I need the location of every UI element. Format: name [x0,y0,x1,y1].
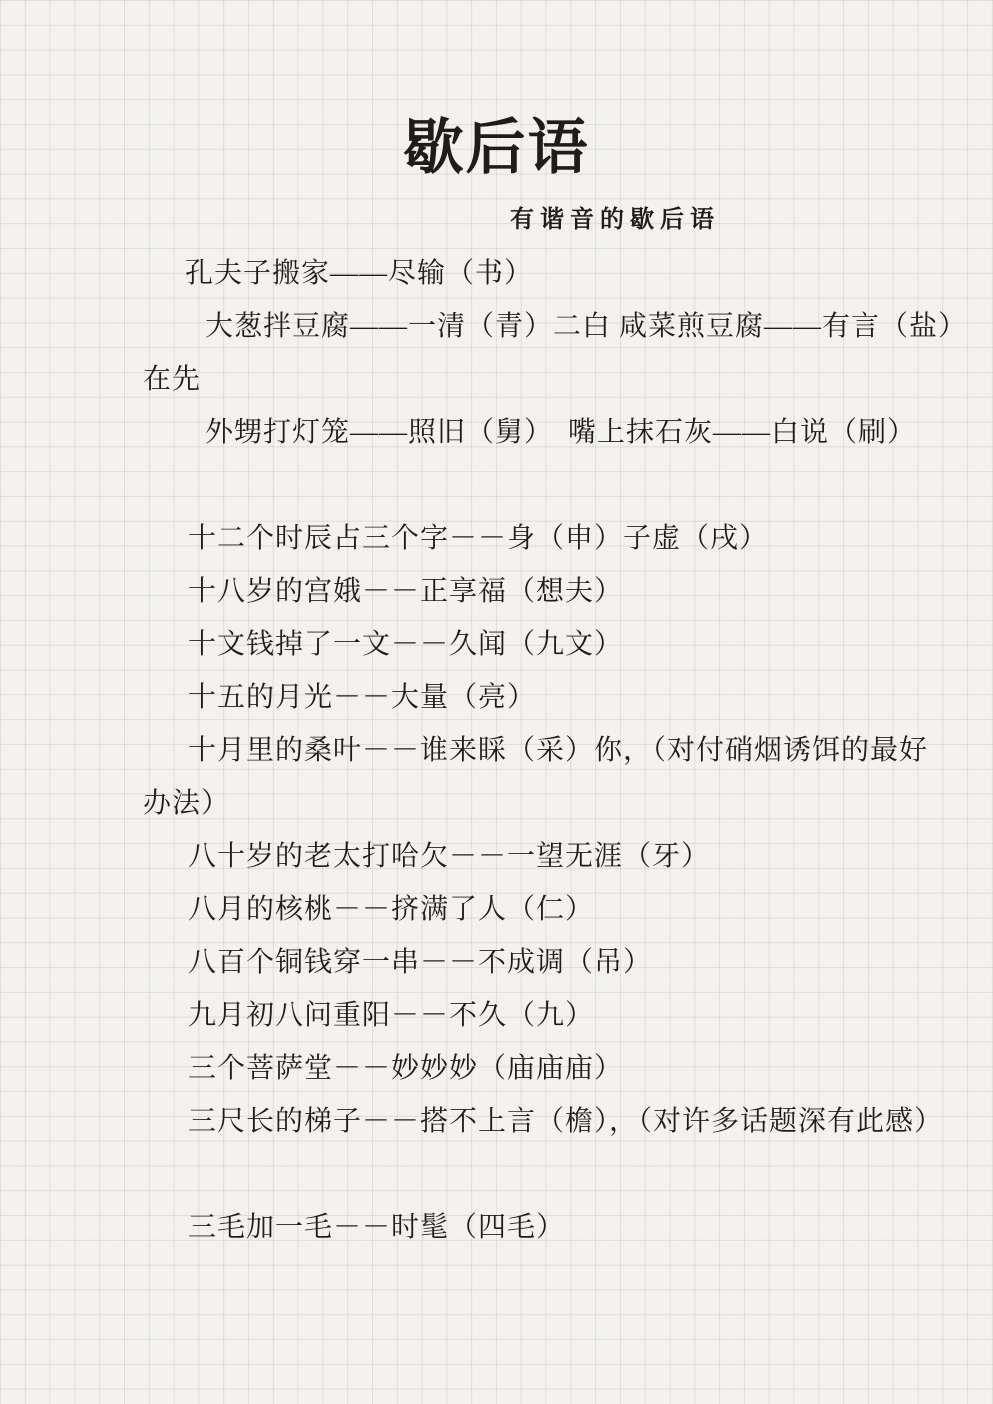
saying-line: 孔夫子搬家——尽输（书） [143,247,993,300]
saying-line: 三个菩萨堂－－妙妙妙（庙庙庙） [143,1042,993,1095]
saying-line: 八月的核桃－－挤满了人（仁） [143,883,993,936]
blank-line [143,459,993,512]
saying-line: 九月初八问重阳－－不久（九） [143,989,993,1042]
saying-line: 十五的月光－－大量（亮） [143,671,993,724]
page-subtitle: 有谐音的歇后语 [0,204,993,237]
saying-line: 八百个铜钱穿一串－－不成调（吊） [143,936,993,989]
saying-line: 十二个时辰占三个字－－身（申）子虚（戌） [143,512,993,565]
blank-line [143,1148,993,1201]
saying-line: 三毛加一毛－－时髦（四毛） [143,1201,993,1254]
sayings-list: 孔夫子搬家——尽输（书） 大葱拌豆腐——一清（青）二白 咸菜煎豆腐——有言（盐）… [0,247,993,1254]
page-title: 歇后语 [0,0,993,178]
saying-line: 三尺长的梯子－－搭不上言（檐），（对许多话题深有此感） [143,1095,993,1148]
saying-line: 大葱拌豆腐——一清（青）二白 咸菜煎豆腐——有言（盐） [143,300,993,353]
document-page: 歇后语 有谐音的歇后语 孔夫子搬家——尽输（书） 大葱拌豆腐——一清（青）二白 … [0,0,993,1404]
saying-line: 十八岁的宫娥－－正享福（想夫） [143,565,993,618]
saying-line-continuation: 办法） [143,777,993,830]
saying-line: 八十岁的老太打哈欠－－一望无涯（牙） [143,830,993,883]
saying-line: 十月里的桑叶－－谁来睬（采）你，（对付硝烟诱饵的最好 [143,724,993,777]
saying-line-continuation: 在先 [143,353,993,406]
saying-line: 十文钱掉了一文－－久闻（九文） [143,618,993,671]
saying-line: 外甥打灯笼——照旧（舅） 嘴上抹石灰——白说（刷） [143,406,993,459]
